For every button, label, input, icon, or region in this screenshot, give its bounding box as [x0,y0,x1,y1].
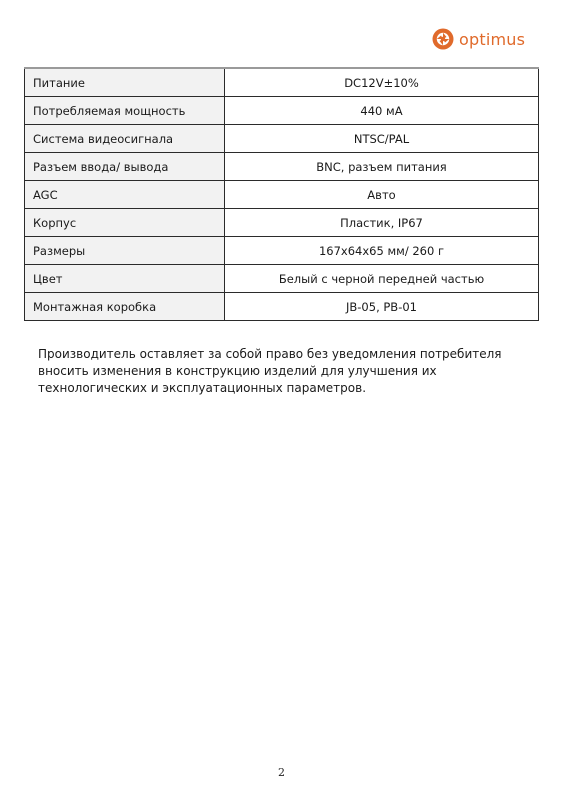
spec-label: Система видеосигнала [25,125,225,153]
spec-label: AGC [25,181,225,209]
note-line: вносить изменения в конструкцию изделий … [38,363,518,380]
brand-name: optimus [459,30,525,49]
disclaimer-note: Производитель оставляет за собой право б… [38,346,518,397]
aperture-logo-icon [432,28,454,50]
spec-value: Белый с черной передней частью [225,265,539,293]
note-line: Производитель оставляет за собой право б… [38,346,518,363]
spec-row: ЦветБелый с черной передней частью [25,265,539,293]
spec-label: Размеры [25,237,225,265]
spec-row: Разъем ввода/ выводаBNC, разъем питания [25,153,539,181]
spec-value: NTSC/PAL [225,125,539,153]
spec-row: Монтажная коробкаJB-05, PB-01 [25,293,539,321]
spec-value: DC12V±10% [225,68,539,97]
spec-row: КорпусПластик, IP67 [25,209,539,237]
spec-table: ПитаниеDC12V±10%Потребляемая мощность440… [24,67,539,321]
spec-value: 440 мА [225,97,539,125]
spec-label: Цвет [25,265,225,293]
spec-value: JB-05, PB-01 [225,293,539,321]
spec-label: Потребляемая мощность [25,97,225,125]
spec-row: Потребляемая мощность440 мА [25,97,539,125]
spec-row: ПитаниеDC12V±10% [25,68,539,97]
spec-label: Питание [25,68,225,97]
page-number: 2 [0,766,563,779]
spec-value: 167x64x65 мм/ 260 г [225,237,539,265]
spec-label: Корпус [25,209,225,237]
spec-row: AGCАвто [25,181,539,209]
spec-value: BNC, разъем питания [225,153,539,181]
spec-value: Пластик, IP67 [225,209,539,237]
spec-row: Размеры167x64x65 мм/ 260 г [25,237,539,265]
brand-logo: optimus [432,28,525,50]
spec-label: Разъем ввода/ вывода [25,153,225,181]
spec-value: Авто [225,181,539,209]
spec-row: Система видеосигналаNTSC/PAL [25,125,539,153]
spec-label: Монтажная коробка [25,293,225,321]
note-line: технологических и эксплуатационных парам… [38,380,518,397]
